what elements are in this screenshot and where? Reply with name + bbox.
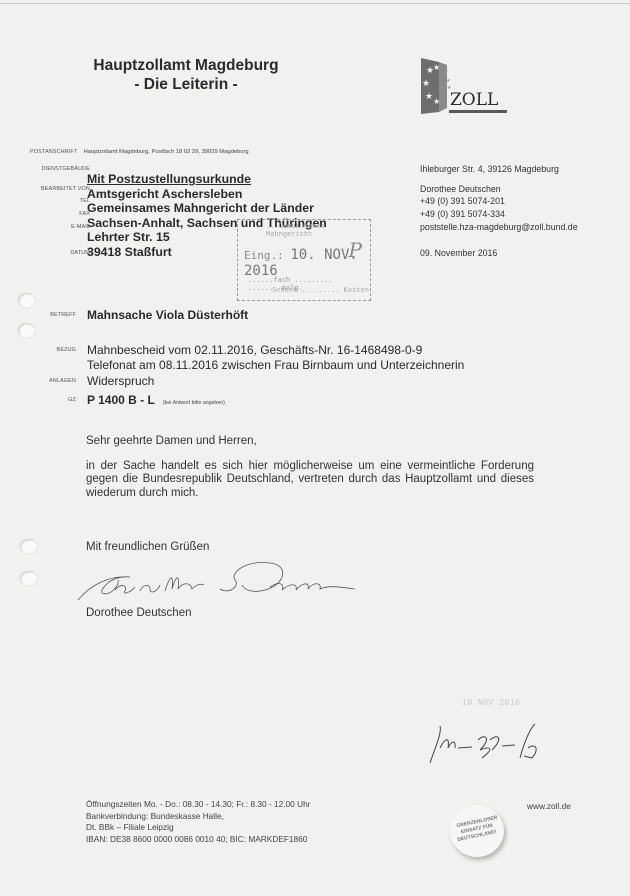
recipient-line: Amtsgericht Aschersleben [87, 187, 327, 202]
postal-address-value: Hauptzollamt Magdeburg, Postfach 18 02 2… [84, 149, 249, 155]
svg-text:★: ★ [443, 69, 448, 76]
email-address: poststelle.hza-magdeburg@zoll.bund.de [420, 222, 578, 232]
svg-text:★: ★ [422, 78, 430, 88]
body-paragraph: in der Sache handelt es sich hier möglic… [86, 460, 534, 500]
handwritten-signature [70, 555, 370, 610]
closing: Mit freundlichen Grüßen [86, 541, 534, 554]
delivery-note: Mit Postzustellungsurkunde [87, 172, 327, 187]
signer-name: Dorothee Deutschen [86, 607, 534, 620]
page-top-edge [0, 3, 630, 4]
stamp-line: Scheck ......... Kosten [272, 286, 369, 294]
salutation: Sehr geehrte Damen und Herren, [86, 435, 534, 448]
svg-text:★: ★ [433, 97, 440, 106]
recipient-line: Gemeinsames Mahngericht der Länder [87, 201, 327, 216]
postal-address-line: POSTANSCHRIFT Hauptzollamt Magdeburg, Po… [30, 149, 249, 155]
subject-text: Mahnsache Viola Düsterhöft [87, 308, 248, 322]
letter-date: 09. November 2016 [420, 248, 497, 258]
zoll-logo: ★ ★ ★ ★ ★ ★ ★ ★ ZOLL [419, 56, 509, 116]
authority-name: Hauptzollamt Magdeburg [86, 56, 286, 75]
stamp-initial: P [349, 238, 362, 262]
fax-number: +49 (0) 391 5074-334 [420, 209, 505, 219]
received-stamp: ...Gemeinsames Mahngericht Eing.: 10. NO… [237, 219, 371, 301]
eu-stars-flag-icon: ★ ★ ★ ★ ★ ★ ★ ★ ZOLL [419, 56, 509, 116]
authority-subtitle: - Die Leiterin - [86, 75, 286, 94]
bank-line: Bankverbindung: Bundeskasse Halle, [86, 811, 310, 823]
attachments-text: Widerspruch [87, 374, 154, 389]
svg-text:★: ★ [446, 78, 451, 84]
punch-hole [20, 539, 37, 554]
punch-hole [18, 293, 35, 308]
svg-text:★: ★ [425, 91, 433, 101]
file-number: P 1400 B - L(bei Antwort bitte angeben) [87, 393, 225, 407]
stamp-prefix: Eing.: [244, 249, 284, 262]
website-link[interactable]: www.zoll.de [527, 801, 571, 811]
postal-address-label: POSTANSCHRIFT [30, 149, 82, 155]
phone-number: +49 (0) 391 5074-201 [420, 196, 505, 206]
slogan-badge: GRENZENLOSER EINSATZ FÜR DEUTSCHLAND! [450, 805, 504, 857]
handwritten-annotation [420, 718, 560, 768]
faint-date-stamp: 10 NOV 2016 [462, 698, 520, 707]
footer-info: Öffnungszeiten Mo. - Do.: 08.30 - 14.30;… [86, 799, 310, 846]
punch-hole [18, 323, 35, 338]
opening-hours: Öffnungszeiten Mo. - Do.: 08.30 - 14.30;… [86, 799, 310, 811]
letterhead-title: Hauptzollamt Magdeburg - Die Leiterin - [86, 56, 286, 94]
svg-text:★: ★ [433, 63, 440, 72]
iban-line: IBAN: DE38 8600 0000 0086 0010 40; BIC: … [86, 834, 310, 846]
bank-line: Dt. BBk – Filiale Leipzig [86, 822, 310, 834]
punch-hole [20, 571, 37, 586]
stamp-header: ...Gemeinsames Mahngericht [266, 222, 370, 238]
reference-text: Mahnbescheid vom 02.11.2016, Geschäfts-N… [87, 343, 464, 372]
svg-text:ZOLL: ZOLL [450, 90, 498, 110]
file-number-note: (bei Antwort bitte angeben) [163, 400, 225, 406]
